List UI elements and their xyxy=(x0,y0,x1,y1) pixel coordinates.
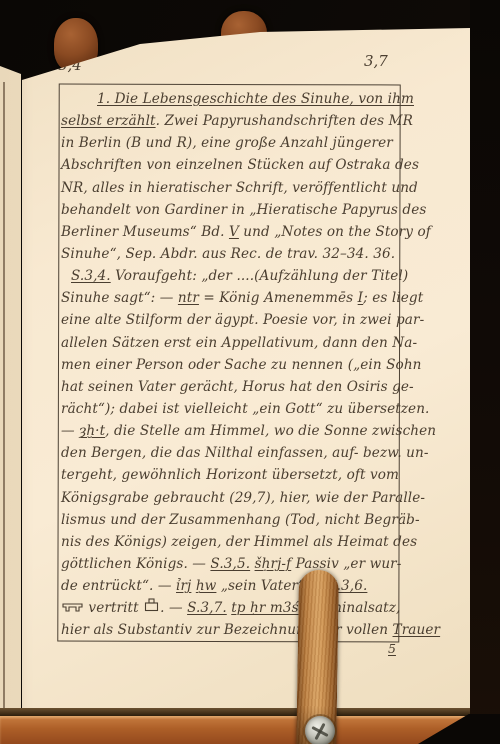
manuscript-segment: , die Stelle am Himmel, wo die Sonne zwi… xyxy=(105,423,436,439)
manuscript-line: hat seinen Vater gerächt, Horus hat den … xyxy=(61,376,403,398)
manuscript-line: behandelt von Gardiner in „Hieratische P… xyxy=(61,199,403,221)
manuscript-segment: S.3,4. xyxy=(71,268,111,284)
manuscript-segment: S.3,5. xyxy=(210,556,250,572)
manuscript-segment: behandelt von Gardiner in „Hieratische P… xyxy=(61,202,426,218)
manuscript-segment: S.3,7. xyxy=(187,600,227,616)
manuscript-segment: Königsgrabe gebraucht (29,7), hier, wie … xyxy=(61,490,425,506)
manuscript-segment: den Bergen, die das Nilthal einfassen, a… xyxy=(61,445,429,461)
manuscript-segment: Sinuhe sagt“: — xyxy=(61,290,178,306)
manuscript-line: Sinuhe“, Sep. Abdr. aus Rec. de trav. 32… xyxy=(61,243,403,265)
manuscript-segment: NR, alles in hieratischer Schrift, veröf… xyxy=(61,180,418,196)
manuscript-segment: 1. Die Lebensgeschichte des Sinuhe, von … xyxy=(97,91,414,107)
book-page: 3,4 3,7 1. Die Lebensgeschichte des Sinu… xyxy=(0,0,500,744)
manuscript-line: 1. Die Lebensgeschichte des Sinuhe, von … xyxy=(61,88,403,110)
manuscript-segment: ntr xyxy=(178,290,199,306)
manuscript-segment: selbst erzählt xyxy=(61,113,156,129)
manuscript-segment: in Berlin (B und R), eine große Anzahl j… xyxy=(61,135,393,151)
manuscript-segment: eine alte Stilform der ägypt. Poesie vor… xyxy=(61,312,424,328)
manuscript-segment: Sinuhe“, Sep. Abdr. aus Rec. de trav. 32… xyxy=(61,246,395,262)
manuscript-line: den Bergen, die das Nilthal einfassen, a… xyxy=(61,442,403,464)
manuscript-segment: rächt“); dabei ist vielleicht „ein Gott“… xyxy=(61,401,429,417)
manuscript-line: — ȝḫ·t, die Stelle am Himmel, wo die Son… xyxy=(61,420,403,442)
manuscript-segment: = König Amenemmēs xyxy=(199,290,358,306)
manuscript-line: Berliner Museums“ Bd. V und „Notes on th… xyxy=(61,221,403,243)
manuscript-segment: ỉrj xyxy=(176,578,191,594)
screw-head-icon xyxy=(305,716,335,744)
manuscript-segment: allelen Sätzen erst ein Appellativum, da… xyxy=(61,335,417,351)
manuscript-line: allelen Sätzen erst ein Appellativum, da… xyxy=(61,332,403,354)
manuscript-line: tergeht, gewöhnlich Horizont übersetzt, … xyxy=(61,464,403,486)
manuscript-segment: göttlichen Königs. — xyxy=(61,556,210,572)
manuscript-segment: šḥrj-f xyxy=(255,556,292,572)
manuscript-segment: Trauer xyxy=(393,622,441,638)
manuscript-segment: . — xyxy=(160,600,187,616)
section-number-right: 3,7 xyxy=(364,52,388,70)
facing-page-rule-line xyxy=(3,82,5,722)
manuscript-segment: ; es liegt xyxy=(363,290,423,306)
manuscript-segment: hat seinen Vater gerächt, Horus hat den … xyxy=(61,379,414,395)
manuscript-segment: Passiv „er wur- xyxy=(291,556,401,572)
manuscript-segment: hier als Substantiv zur Bezeichnung der … xyxy=(61,622,393,638)
manuscript-line: men einer Person oder Sache zu nennen („… xyxy=(61,354,403,376)
manuscript-text: 1. Die Lebensgeschichte des Sinuhe, von … xyxy=(61,88,403,642)
manuscript-segment: Berliner Museums“ Bd. xyxy=(61,224,229,240)
manuscript-line: in Berlin (B und R), eine große Anzahl j… xyxy=(61,132,403,154)
background xyxy=(470,0,500,744)
manuscript-segment: Abschriften von einzelnen Stücken auf Os… xyxy=(61,157,419,173)
manuscript-segment: lismus und der Zusammenhang (Tod, nicht … xyxy=(61,512,420,528)
book-photo-scene: 3,4 3,7 1. Die Lebensgeschichte des Sinu… xyxy=(0,0,500,744)
bench-hieroglyph xyxy=(62,597,83,619)
manuscript-segment: und „Notes on the Story of xyxy=(239,224,431,240)
manuscript-line: Sinuhe sagt“: — ntr = König Amenemmēs I;… xyxy=(61,287,403,309)
manuscript-segment: de entrückt“. — xyxy=(61,578,176,594)
manuscript-line: Königsgrabe gebraucht (29,7), hier, wie … xyxy=(61,487,403,509)
manuscript-segment: vertritt xyxy=(84,600,143,616)
manuscript-segment: tp ḥr m3śt xyxy=(231,600,304,616)
manuscript-segment: Voraufgeht: „der ....(Aufzählung der Tit… xyxy=(111,268,409,284)
manuscript-line: rächt“); dabei ist vielleicht „ein Gott“… xyxy=(61,398,403,420)
manuscript-line: nis des Königs) zeigen, der Himmel als H… xyxy=(61,531,403,553)
manuscript-line: hier als Substantiv zur Bezeichnung der … xyxy=(61,619,403,641)
enclosure-hieroglyph xyxy=(144,597,159,619)
manuscript-line: göttlichen Königs. — S.3,5. šḥrj-f Passi… xyxy=(61,553,403,575)
manuscript-segment: V xyxy=(229,224,239,240)
manuscript-line: vertritt . — S.3,7. tp ḥr m3śt Nominalsa… xyxy=(61,597,403,619)
manuscript-line: Abschriften von einzelnen Stücken auf Os… xyxy=(61,154,403,176)
manuscript-line: selbst erzählt. Zwei Papyrushandschrifte… xyxy=(61,110,403,132)
manuscript-segment: men einer Person oder Sache zu nennen („… xyxy=(61,357,422,373)
manuscript-segment: — xyxy=(61,423,79,439)
manuscript-segment: ḥw xyxy=(196,578,217,594)
stand-ledge xyxy=(0,716,479,744)
manuscript-line: lismus und der Zusammenhang (Tod, nicht … xyxy=(61,509,403,531)
manuscript-line: NR, alles in hieratischer Schrift, veröf… xyxy=(61,177,403,199)
manuscript-segment: . Zwei Papyrushandschriften des MR xyxy=(156,113,413,129)
page-number: 5 xyxy=(388,641,396,656)
manuscript-segment: tergeht, gewöhnlich Horizont übersetzt, … xyxy=(61,467,399,483)
manuscript-line: S.3,4. Voraufgeht: „der ....(Aufzählung … xyxy=(61,265,403,287)
manuscript-segment: ȝḫ·t xyxy=(79,423,105,439)
manuscript-line: de entrückt“. — ỉrj ḥw „sein Vater“ — S.… xyxy=(61,575,403,597)
manuscript-line: eine alte Stilform der ägypt. Poesie vor… xyxy=(61,309,403,331)
manuscript-segment: nis des Königs) zeigen, der Himmel als H… xyxy=(61,534,417,550)
